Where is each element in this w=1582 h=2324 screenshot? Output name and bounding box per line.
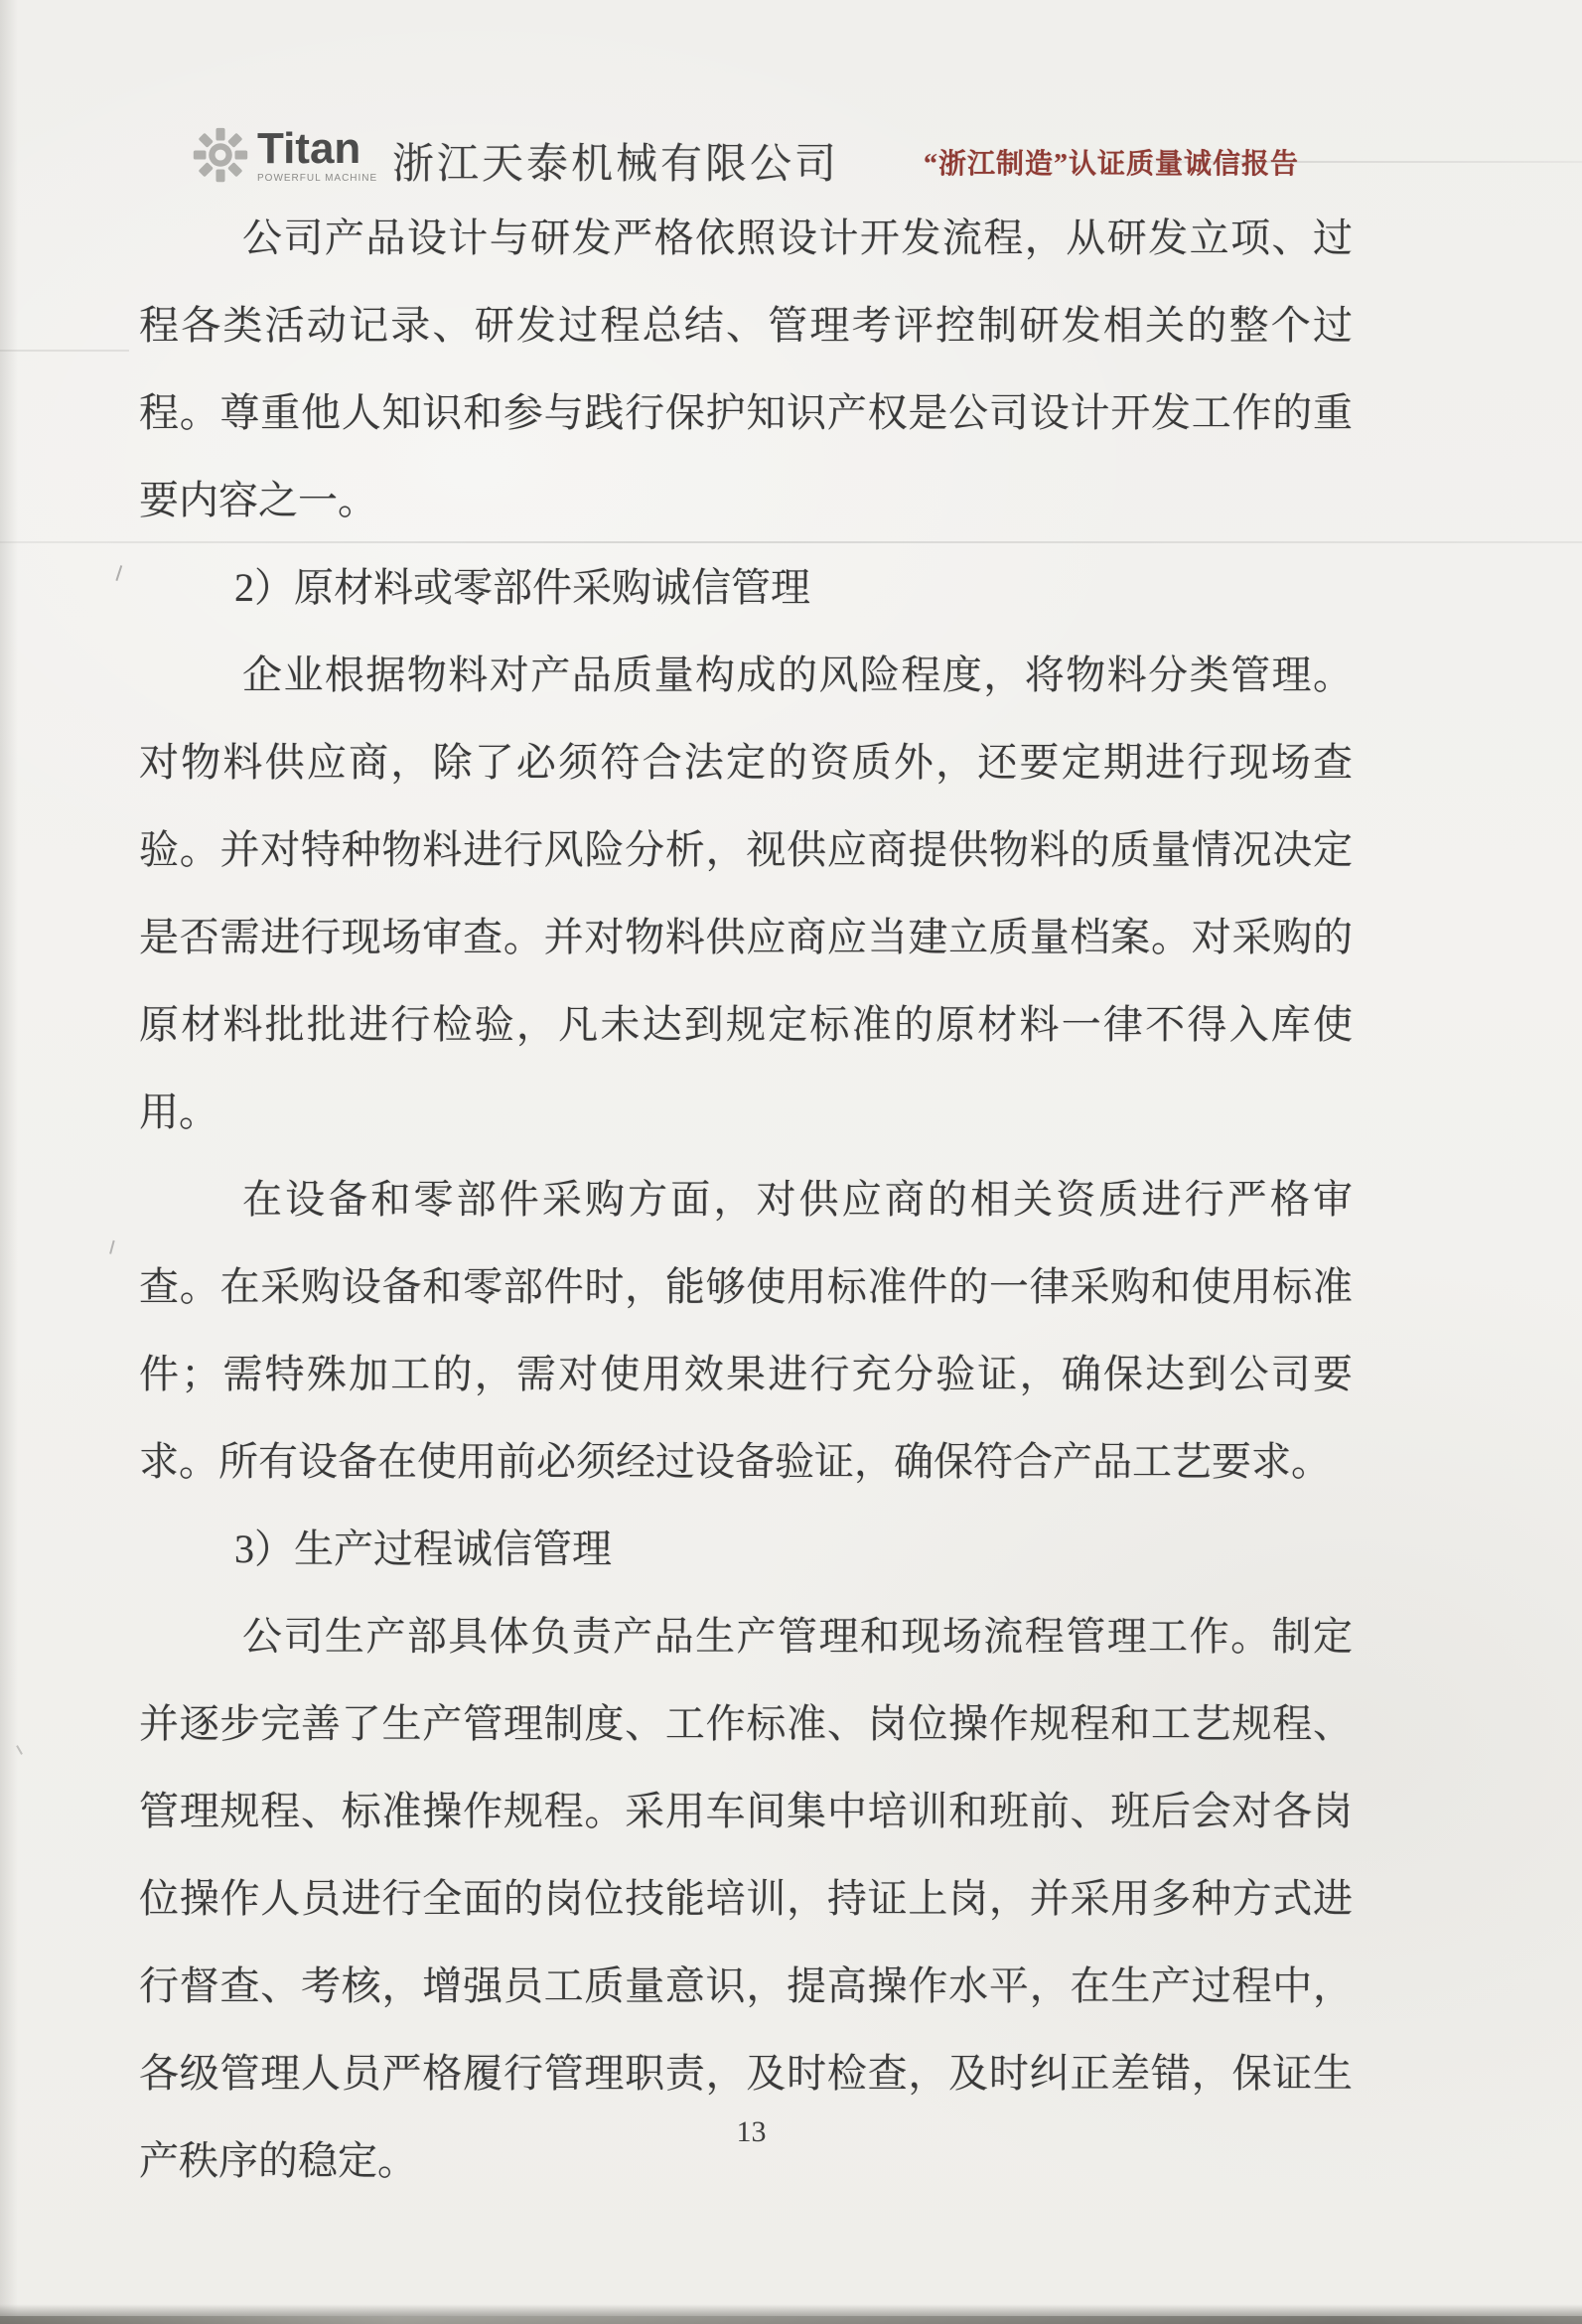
company-name: 浙江天泰机械有限公司 xyxy=(392,131,839,191)
report-title: “浙江制造”认证质量诚信报告 xyxy=(924,142,1299,182)
scan-edge-shadow xyxy=(0,0,18,2324)
paragraph-design-rd: 公司产品设计与研发严格依照设计开发流程，从研发立项、过程各类活动记录、研发过程总… xyxy=(139,195,1353,544)
scan-speck xyxy=(16,1741,30,1755)
scan-edge-shadow xyxy=(0,2304,1582,2324)
brand-tagline: POWERFUL MACHINE xyxy=(257,174,377,184)
heading-production-integrity: 3）生产过程诚信管理 xyxy=(139,1506,1353,1593)
scan-speck xyxy=(103,1238,114,1254)
paragraph-production-management: 公司生产部具体负责产品生产管理和现场流程管理工作。制定并逐步完善了生产管理制度、… xyxy=(139,1593,1353,2205)
paragraph-material-classification: 企业根据物料对产品质量构成的风险程度，将物料分类管理。对物料供应商，除了必须符合… xyxy=(139,632,1353,1156)
scan-streak xyxy=(0,350,129,352)
document-body: 公司产品设计与研发严格依照设计开发流程，从研发立项、过程各类活动记录、研发过程总… xyxy=(139,195,1353,2205)
brand-name: Titan xyxy=(257,127,377,171)
scan-speck xyxy=(109,563,123,581)
page-number: 13 xyxy=(737,2115,767,2149)
gear-icon xyxy=(192,125,249,185)
heading-procurement-integrity: 2）原材料或零部件采购诚信管理 xyxy=(139,544,1353,632)
company-logo: Titan POWERFUL MACHINE xyxy=(192,125,377,185)
scan-edge-shadow xyxy=(0,2316,1582,2324)
page-header: Titan POWERFUL MACHINE 浙江天泰机械有限公司 “浙江制造”… xyxy=(0,0,1582,199)
paragraph-equipment-procurement: 在设备和零部件采购方面，对供应商的相关资质进行严格审查。在采购设备和零部件时，能… xyxy=(139,1156,1353,1506)
